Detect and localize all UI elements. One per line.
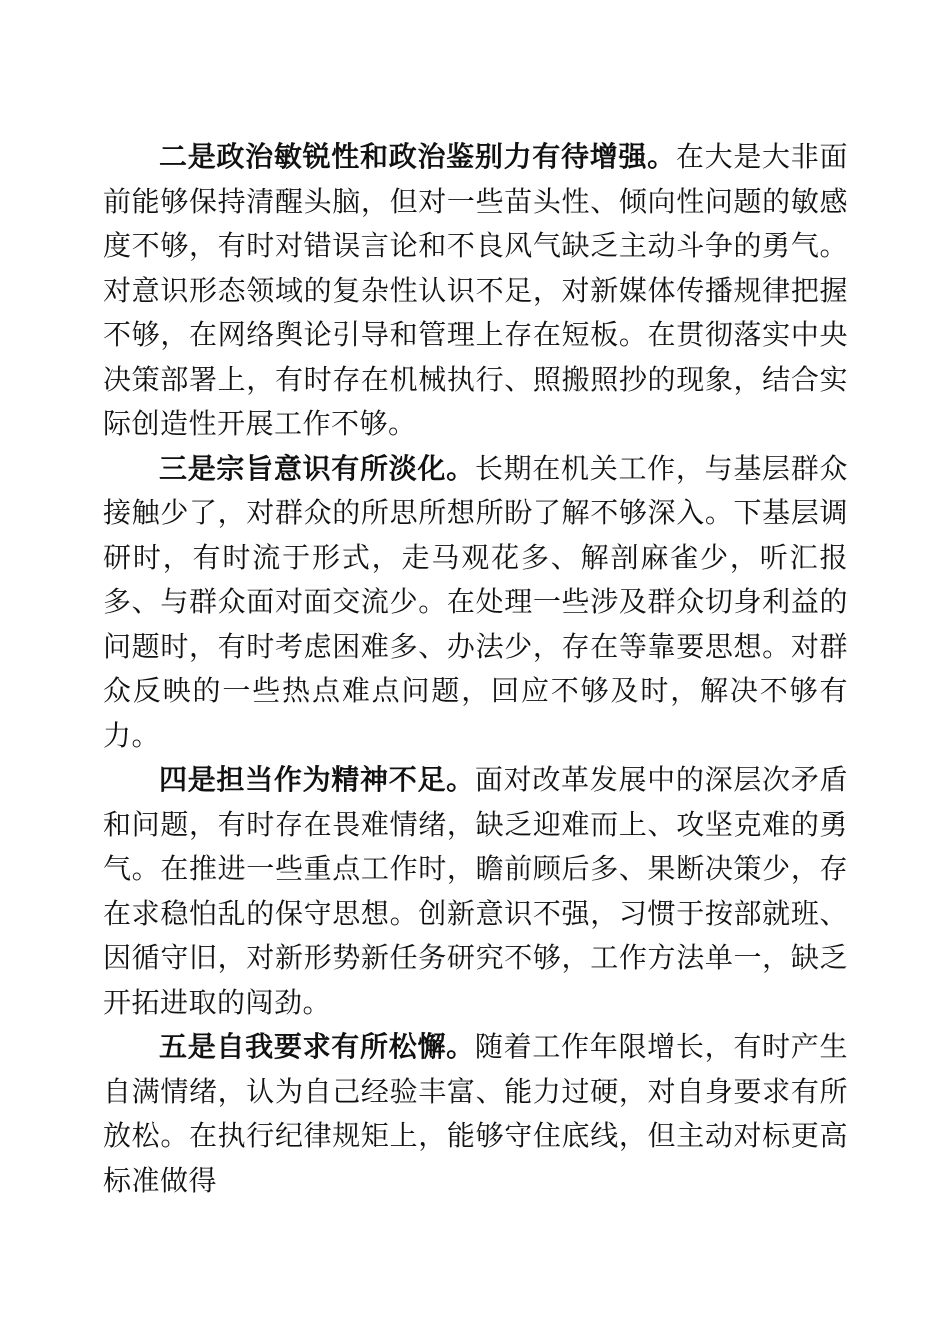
- paragraph-body: 长期在机关工作，与基层群众接触少了，对群众的所思所想所盼了解不够深入。下基层调研…: [103, 454, 848, 752]
- document-paragraph: 四是担当作为精神不足。面对改革发展中的深层次矛盾和问题，有时存在畏难情绪，缺乏迎…: [103, 759, 848, 1026]
- document-paragraph: 二是政治敏锐性和政治鉴别力有待增强。在大是大非面前能够保持清醒头脑，但对一些苗头…: [103, 136, 848, 448]
- paragraph-body: 在大是大非面前能够保持清醒头脑，但对一些苗头性、倾向性问题的敏感度不够，有时对错…: [103, 142, 848, 440]
- document-content: 二是政治敏锐性和政治鉴别力有待增强。在大是大非面前能够保持清醒头脑，但对一些苗头…: [103, 136, 848, 1204]
- paragraph-lead: 四是担当作为精神不足。: [159, 765, 475, 796]
- paragraph-body: 面对改革发展中的深层次矛盾和问题，有时存在畏难情绪，缺乏迎难而上、攻坚克难的勇气…: [103, 765, 848, 1019]
- paragraph-lead: 五是自我要求有所松懈。: [159, 1032, 475, 1063]
- paragraph-lead: 三是宗旨意识有所淡化。: [159, 454, 475, 485]
- document-page: 二是政治敏锐性和政治鉴别力有待增强。在大是大非面前能够保持清醒头脑，但对一些苗头…: [0, 0, 950, 1344]
- paragraph-lead: 二是政治敏锐性和政治鉴别力有待增强。: [159, 142, 676, 173]
- document-paragraph: 三是宗旨意识有所淡化。长期在机关工作，与基层群众接触少了，对群众的所思所想所盼了…: [103, 448, 848, 760]
- document-paragraph: 五是自我要求有所松懈。随着工作年限增长，有时产生自满情绪，认为自己经验丰富、能力…: [103, 1026, 848, 1204]
